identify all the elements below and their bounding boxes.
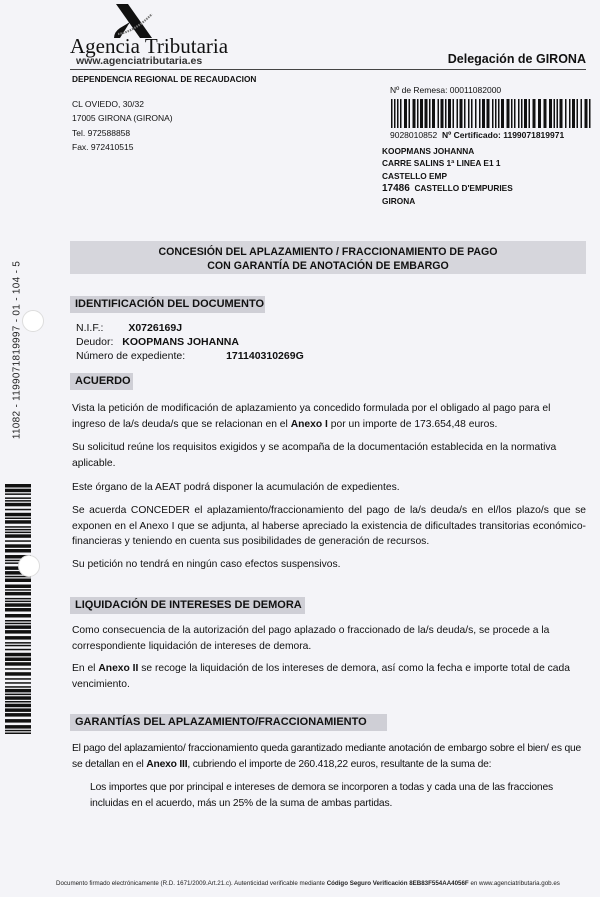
garantias-paragraph-1: El pago del aplazamiento/ fraccionamient… [72, 741, 586, 772]
deudor-value: KOOPMANS JOHANNA [122, 336, 239, 348]
acuerdo-paragraph-4: Se acuerda CONCEDER el aplazamiento/frac… [72, 503, 586, 550]
liquidacion-paragraph-1: Como consecuencia de la autorización del… [72, 623, 586, 654]
recipient-line2: CASTELLO EMP [382, 170, 513, 182]
office-fax: Fax. 972410515 [72, 140, 173, 154]
recipient-line1: CARRE SALINS 1ª LINEA E1 1 [382, 157, 513, 169]
recipient-town: CASTELLO D'EMPURIES [414, 183, 512, 193]
office-address: CL OVIEDO, 30/32 17005 GIRONA (GIRONA) T… [72, 97, 173, 154]
anexo-iii-ref: Anexo III [146, 759, 187, 770]
garantias-p1-amount: , cubriendo el importe de 260.418,22 eur… [187, 759, 491, 770]
side-barcode [5, 484, 31, 734]
header-divider [70, 69, 586, 70]
footer-verification-url[interactable]: en www.agenciatributaria.gob.es [469, 880, 560, 887]
section-heading-garantias: GARANTÍAS DEL APLAZAMIENTO/FRACCIONAMIEN… [70, 714, 387, 731]
side-reference-text: 11082 - 1199071819997 - 01 - 104 - 5 [12, 261, 23, 439]
liquidacion-paragraph-2: En el Anexo II se recoge la liquidación … [72, 661, 586, 692]
punch-hole [18, 555, 40, 577]
garantias-paragraph-2: Los importes que por principal e interes… [90, 780, 586, 811]
document-title: CONCESIÓN DEL APLAZAMIENTO / FRACCIONAMI… [70, 246, 586, 273]
recipient-name: KOOPMANS JOHANNA [382, 145, 513, 157]
section-heading-identificacion: IDENTIFICACIÓN DEL DOCUMENTO [70, 296, 265, 313]
recipient-town-line: 17486 CASTELLO D'EMPURIES [382, 182, 513, 195]
section-heading-acuerdo: ACUERDO [70, 373, 133, 390]
recipient-address: KOOPMANS JOHANNA CARRE SALINS 1ª LINEA E… [382, 145, 513, 207]
expediente-label: Número de expediente: [76, 350, 185, 362]
acuerdo-paragraph-1: Vista la petición de modificación de apl… [72, 401, 586, 432]
footer-verification: Documento firmado electrónicamente (R.D.… [56, 880, 560, 887]
agency-url[interactable]: www.agenciatributaria.es [76, 55, 202, 67]
office-city: 17005 GIRONA (GIRONA) [72, 111, 173, 125]
acuerdo-p1-amount: por un importe de 173.654,48 euros. [328, 419, 497, 430]
liquidacion-p2-text-a: En el [72, 663, 98, 674]
nif-label: N.I.F.: [76, 322, 103, 334]
expediente-row: Número de expediente: 171140310269G [76, 349, 304, 363]
nif-value: X0726169J [128, 322, 182, 334]
liquidacion-p2-text-b: se recoge la liquidación de los interese… [72, 663, 570, 690]
section-heading-liquidacion: LIQUIDACIÓN DE INTERESES DE DEMORA [70, 597, 305, 614]
expediente-value: 171140310269G [226, 350, 304, 362]
acuerdo-paragraph-3: Este órgano de la AEAT podrá disponer la… [72, 480, 586, 496]
side-reference-code: 11082 - 1199071819997 - 01 - 104 - 5 [2, 260, 32, 440]
identification-fields: N.I.F.: X0726169J Deudor: KOOPMANS JOHAN… [76, 321, 304, 363]
recipient-postal-code: 17486 [382, 183, 410, 194]
office-tel: Tel. 972588858 [72, 126, 173, 140]
anexo-ii-ref: Anexo II [98, 663, 138, 674]
recipient-province: GIRONA [382, 195, 513, 207]
punch-hole [22, 310, 44, 332]
deudor-label: Deudor: [76, 336, 113, 348]
acuerdo-paragraph-2: Su solicitud reúne los requisitos exigid… [72, 440, 586, 471]
certificate-barcode [391, 99, 592, 128]
dependencia-label: DEPENDENCIA REGIONAL DE RECAUDACION [72, 74, 256, 84]
deudor-row: Deudor: KOOPMANS JOHANNA [76, 335, 304, 349]
delegacion-title: Delegación de GIRONA [448, 52, 586, 66]
acuerdo-paragraph-5: Su petición no tendrá en ningún caso efe… [72, 557, 586, 573]
document-title-line1: CONCESIÓN DEL APLAZAMIENTO / FRACCIONAMI… [70, 246, 586, 260]
nif-row: N.I.F.: X0726169J [76, 321, 304, 335]
anexo-i-ref: Anexo I [291, 419, 328, 430]
office-street: CL OVIEDO, 30/32 [72, 97, 173, 111]
remesa-number: Nº de Remesa: 00011082000 [390, 85, 501, 95]
document-title-line2: CON GARANTÍA DE ANOTACIÓN DE EMBARGO [70, 260, 586, 274]
barcode-number: 9028010852 [390, 130, 437, 140]
footer-text-a: Documento firmado electrónicamente (R.D.… [56, 880, 327, 887]
certificate-number: Nº Certificado: 1199071819971 [442, 130, 564, 140]
verification-code: Código Seguro Verificación 8EB83F554AA40… [327, 880, 469, 887]
certificate-line: 9028010852 Nº Certificado: 1199071819971 [390, 130, 564, 140]
